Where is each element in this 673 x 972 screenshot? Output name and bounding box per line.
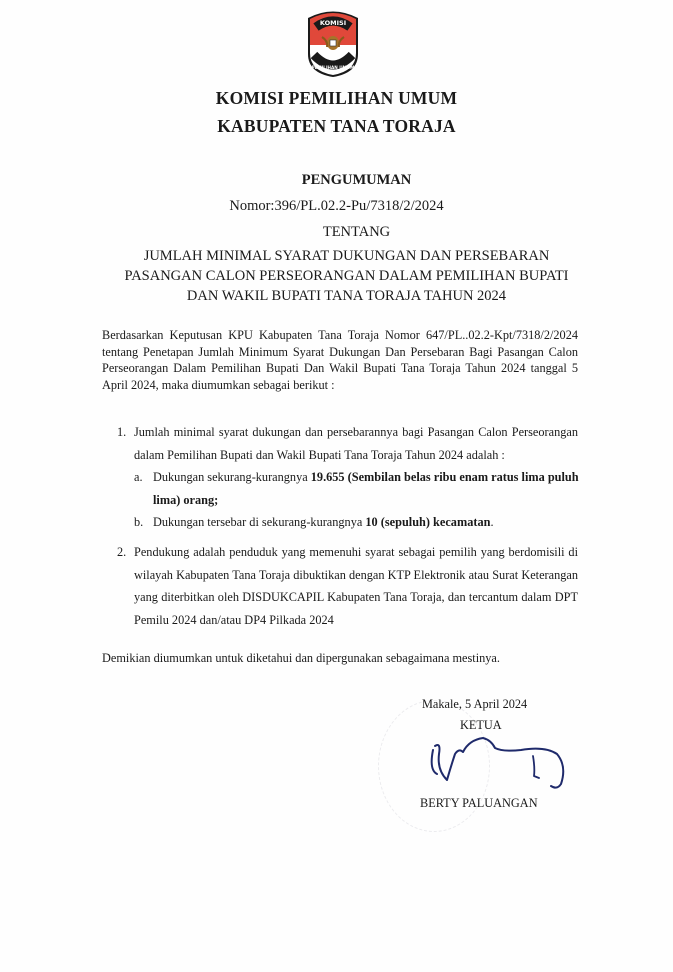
signer-name: BERTY PALUANGAN <box>420 796 538 811</box>
list-item-text: Pendukung adalah penduduk yang memenuhi … <box>134 545 578 627</box>
sub-letter: a. <box>134 466 143 489</box>
list-item-1: 1. Jumlah minimal syarat dukungan dan pe… <box>117 421 578 534</box>
closing-statement: Demikian diumumkan untuk diketahui dan d… <box>102 651 500 666</box>
place-date: Makale, 5 April 2024 <box>422 697 527 712</box>
subject-line: JUMLAH MINIMAL SYARAT DUKUNGAN DAN PERSE… <box>10 246 673 266</box>
svg-text:PEMILIHAN UMUM: PEMILIHAN UMUM <box>312 65 355 70</box>
document-page: KOMISI PEMILIHAN UMUM KOMISI PEMILIHAN U… <box>0 0 673 972</box>
handwritten-signature-icon <box>425 730 575 795</box>
announcement-number: Nomor:396/PL.02.2-Pu/7318/2/2024 <box>0 198 673 215</box>
announcement-subject: JUMLAH MINIMAL SYARAT DUKUNGAN DAN PERSE… <box>10 246 673 306</box>
list-number: 2. <box>117 541 126 564</box>
sub-item-a: a. Dukungan sekurang-kurangnya 19.655 (S… <box>134 466 595 511</box>
subject-line: PASANGAN CALON PERSEORANGAN DALAM PEMILI… <box>10 266 673 286</box>
list-item-text: Jumlah minimal syarat dukungan dan perse… <box>134 425 578 462</box>
list-item-2: 2. Pendukung adalah penduduk yang memenu… <box>117 541 578 631</box>
tentang-label: TENTANG <box>20 224 673 241</box>
sub-text: Dukungan tersebar di sekurang-kurangnya <box>153 515 365 529</box>
list-number: 1. <box>117 421 126 444</box>
org-region: KABUPATEN TANA TORAJA <box>0 116 673 137</box>
kpu-emblem-icon: KOMISI PEMILIHAN UMUM <box>304 9 362 77</box>
sub-letter: b. <box>134 511 143 534</box>
sub-item-b: b. Dukungan tersebar di sekurang-kurangn… <box>134 511 595 534</box>
svg-text:KOMISI: KOMISI <box>320 19 346 27</box>
subject-line: DAN WAKIL BUPATI TANA TORAJA TAHUN 2024 <box>10 286 673 306</box>
district-count: 10 (sepuluh) kecamatan <box>365 515 490 529</box>
org-name: KOMISI PEMILIHAN UMUM <box>0 88 673 109</box>
intro-paragraph: Berdasarkan Keputusan KPU Kabupaten Tana… <box>102 327 578 393</box>
announcement-heading: PENGUMUMAN <box>20 172 673 189</box>
sub-text: Dukungan sekurang-kurangnya <box>153 470 311 484</box>
